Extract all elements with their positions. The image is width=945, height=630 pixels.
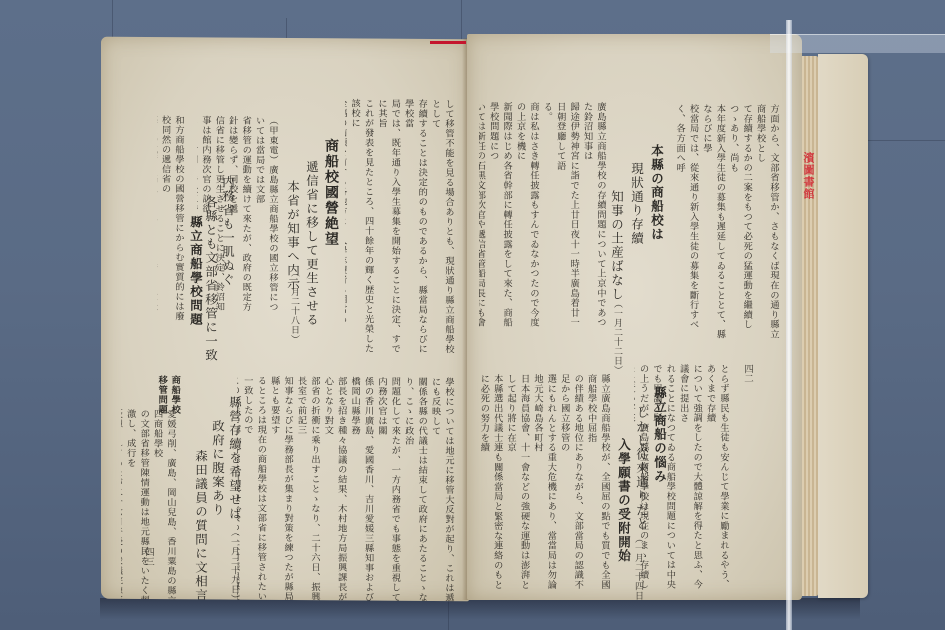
right-mid-article-body: 廣島縣立商船學校の存續問題について上京中であつた鈴沼知事は 歸途伊勢神宮に詣でた… bbox=[479, 102, 607, 332]
red-library-stamp: 濱圖書館 bbox=[802, 152, 816, 214]
headline-applications-open: 入學願書の受附開始 bbox=[617, 438, 630, 563]
text-line: 方面から、文部省移管か、さもなくば現在の通り縣立商船學校とし bbox=[755, 104, 779, 339]
page-number-left: 四三 bbox=[141, 547, 155, 566]
text-line: とらず縣民も生徒も安んじて學業に勵まれるやう、あくまで存續 bbox=[705, 364, 729, 589]
text-line: 商は私はさき轉任披露もすんでゐなかつたので今度の上京を機に bbox=[515, 102, 539, 327]
background-grid-line bbox=[112, 0, 113, 40]
background-grid-line bbox=[868, 140, 945, 141]
headline-government-plan: 政府に腹案あり bbox=[211, 419, 224, 516]
text-line: て存續するかの二案をもつて必死の猛運動を繼續しつゝあり、尚も bbox=[728, 104, 752, 329]
text-line: 學校については地元に移管大反對が起り、これは遞信にも反映して bbox=[430, 377, 454, 601]
text-line: 縣立廣島商船學校が、全國屈の點でも質でも全國商船學校中屈指 bbox=[586, 374, 610, 590]
text-line: 憂慮されてゐたが二十七日午後の衆議院豫算總會で廣島 bbox=[121, 409, 122, 601]
text-line: 歸途伊勢神宮に詣でた上廿日夜十一時半廣島着廿一日朝登廳して語 bbox=[555, 102, 579, 327]
text-line: る。 bbox=[541, 102, 552, 122]
text-line: 和方商船學校の國營移管にからむ實質的には廢校同然の遞信省の bbox=[160, 115, 184, 321]
headline-prefectural-school-issue: 縣立商船學校問題 bbox=[189, 215, 202, 326]
headline-hope-to-continue: 縣營存續を希望せば bbox=[228, 396, 241, 521]
right-bottom-article-body-2: 縣立廣島商船學校が、全國屈の點でも質でも全國商船學校中屈指 の伴績ある地位にあり… bbox=[479, 374, 611, 598]
text-line: 日本海員協會、十一會などの強硬な運動は澎湃として起り將に在京 bbox=[505, 374, 529, 590]
text-line: 存續することは決定的のものであるから、縣當局ならびに學校當 bbox=[403, 99, 427, 354]
right-page: 方面から、文部省移管か、さもなくば現在の通り縣立商船學校とし て存續するかの二案… bbox=[467, 34, 802, 600]
text-line: 本年度新入學生徒の募集も遲延してゐることとて、縣ならびに學 bbox=[701, 104, 725, 339]
headline-home-ministry-helps: 内務省も一肌ぬぐ bbox=[221, 176, 234, 287]
background-grid-line bbox=[461, 0, 462, 40]
left-top-article-body: して移管不能を見る場合ありとも、現狀通り縣立商船學校として 存續することは決定的… bbox=[345, 98, 455, 359]
text-line: して移管不能を見る場合ありとも、現狀通り縣立商船學校として bbox=[430, 99, 454, 354]
left-bottom-article-body: 學校については地元に移管大反對が起り、これは遞信にも反映して 關係各縣の代議士は… bbox=[237, 376, 455, 602]
text-line: いては新任の石黒文部次官や遞信省管船局長にも會つて縣民の熱 bbox=[479, 102, 485, 327]
text-line: 廣島縣立商船學校の存續問題について上京中であつた鈴沼知事は bbox=[582, 102, 606, 327]
acrylic-holder-top bbox=[770, 34, 945, 53]
text-line: の文部省移管陳情運動は地元縣民をいたく刺激し、成行を bbox=[125, 409, 149, 601]
text-line: について強調をしたので大體諒解を得たと思ふ、今議會に提出さ bbox=[678, 364, 702, 589]
text-line: 愛媛弓削、廣島、岡山兒島、香川粟島の縣立四商船學校 bbox=[152, 409, 176, 601]
headline-prefectural-trouble: 縣立商船の惱み bbox=[653, 386, 666, 483]
text-line: 知事ならびに學務部長が集まり對策を練つたが縣局各縣とも要望す bbox=[269, 376, 293, 601]
back-cover bbox=[818, 54, 868, 598]
headline-prefectures-agree: 各縣とも文部省移管に一致 bbox=[204, 195, 217, 362]
article-date: （一月二十二日） bbox=[612, 299, 621, 375]
red-page-edge bbox=[430, 41, 466, 44]
text-line: の伴績ある地位にありながら、文部當局の認識不足から國立移管の bbox=[559, 374, 583, 590]
headline-transfer-to-communications: 遞信省に移して更生させる bbox=[305, 160, 318, 327]
left-mid-article-body: 和方商船學校の國營移管にからむ實質的には廢校同然の遞信省の 海員養成所に編入てら… bbox=[157, 115, 185, 325]
text-line: 局では、既年通り入學生募集を開始することに決定、すでに其旨 bbox=[376, 99, 400, 354]
left-page: して移管不能を見る場合ありとも、現狀通り縣立商船學校として 存續することは決定的… bbox=[101, 37, 469, 602]
text-line: （甲東電）廣島縣立商船學校の國立移管については當局では文部 bbox=[254, 116, 278, 312]
headline-minister-statement: 森田議員の質問に文相言明す bbox=[194, 449, 207, 601]
right-top-article-body: 方面から、文部省移管か、さもなくば現在の通り縣立商船學校とし て存續するかの二案… bbox=[672, 104, 780, 344]
text-line: 部省の折衝に乘り出すことゝなり、二十六日、振興課長室で前記三 bbox=[296, 376, 320, 601]
headline-continue-as-is: 現狀通り存續 bbox=[630, 162, 643, 245]
text-line: 全幅の信頼を有する各地方より入學志望者も相當あり bbox=[345, 98, 347, 333]
acrylic-page-holder bbox=[786, 20, 792, 630]
text-line: 新聞際はじめ各省幹部に轉任披露をして來た、商船學校問題につ bbox=[488, 102, 512, 327]
headline-national-management-hopeless: 商船校國營絶望 bbox=[324, 138, 338, 247]
text-line: 選にもれんとする重大危機にあり、當當局は勿論地元大崎島各町村 bbox=[532, 374, 556, 590]
text-line: 本縣選出代議士連も關係當局と緊密な連絡のもとに必死の努力を續 bbox=[479, 374, 503, 590]
text-line: 問題化して來たが、一方内務省でも事態を重視して館内務次官は關 bbox=[376, 377, 400, 602]
text-line: 部長を招き種々協議の結果、木村地方局振興課長が中心となり對文 bbox=[322, 376, 346, 601]
text-line: るところは現在の商船學校は文部省に移管されたいと一致したので bbox=[242, 376, 266, 602]
text-line: これが發表を見たところ、四十餘年の輝く歴史と光榮した該校に bbox=[349, 98, 373, 353]
article-date: （一月二十九日） bbox=[229, 528, 238, 602]
left-bottom-article-body-2: 愛媛弓削、廣島、岡山兒島、香川粟島の縣立四商船學校 の文部省移管陳情運動は地元縣… bbox=[121, 409, 177, 601]
article-date: （一月二十八日） bbox=[289, 268, 298, 344]
article-date: （一月二十四日） bbox=[633, 534, 642, 600]
text-line: 校當局では、從來通り新入學生徒の募集を斷行すべく、各方面へ呼 bbox=[674, 104, 698, 329]
headline-prefecture-school: 本縣の商船校は bbox=[650, 144, 663, 241]
book-shadow bbox=[100, 598, 860, 620]
text-line: 關係各縣の代議士は結束して政府にあたることゝなり、こゝに政治 bbox=[403, 377, 427, 601]
headline-governor-report: 知事の土産ばなし bbox=[610, 190, 623, 301]
page-number-right: 四二 bbox=[740, 364, 754, 383]
text-line: 係の香川廣島、愛國香川、吉川愛媛三縣知事および高橋岡山縣學務 bbox=[349, 376, 373, 601]
headline-but-as-before: しかし從來通りだと bbox=[635, 406, 648, 531]
